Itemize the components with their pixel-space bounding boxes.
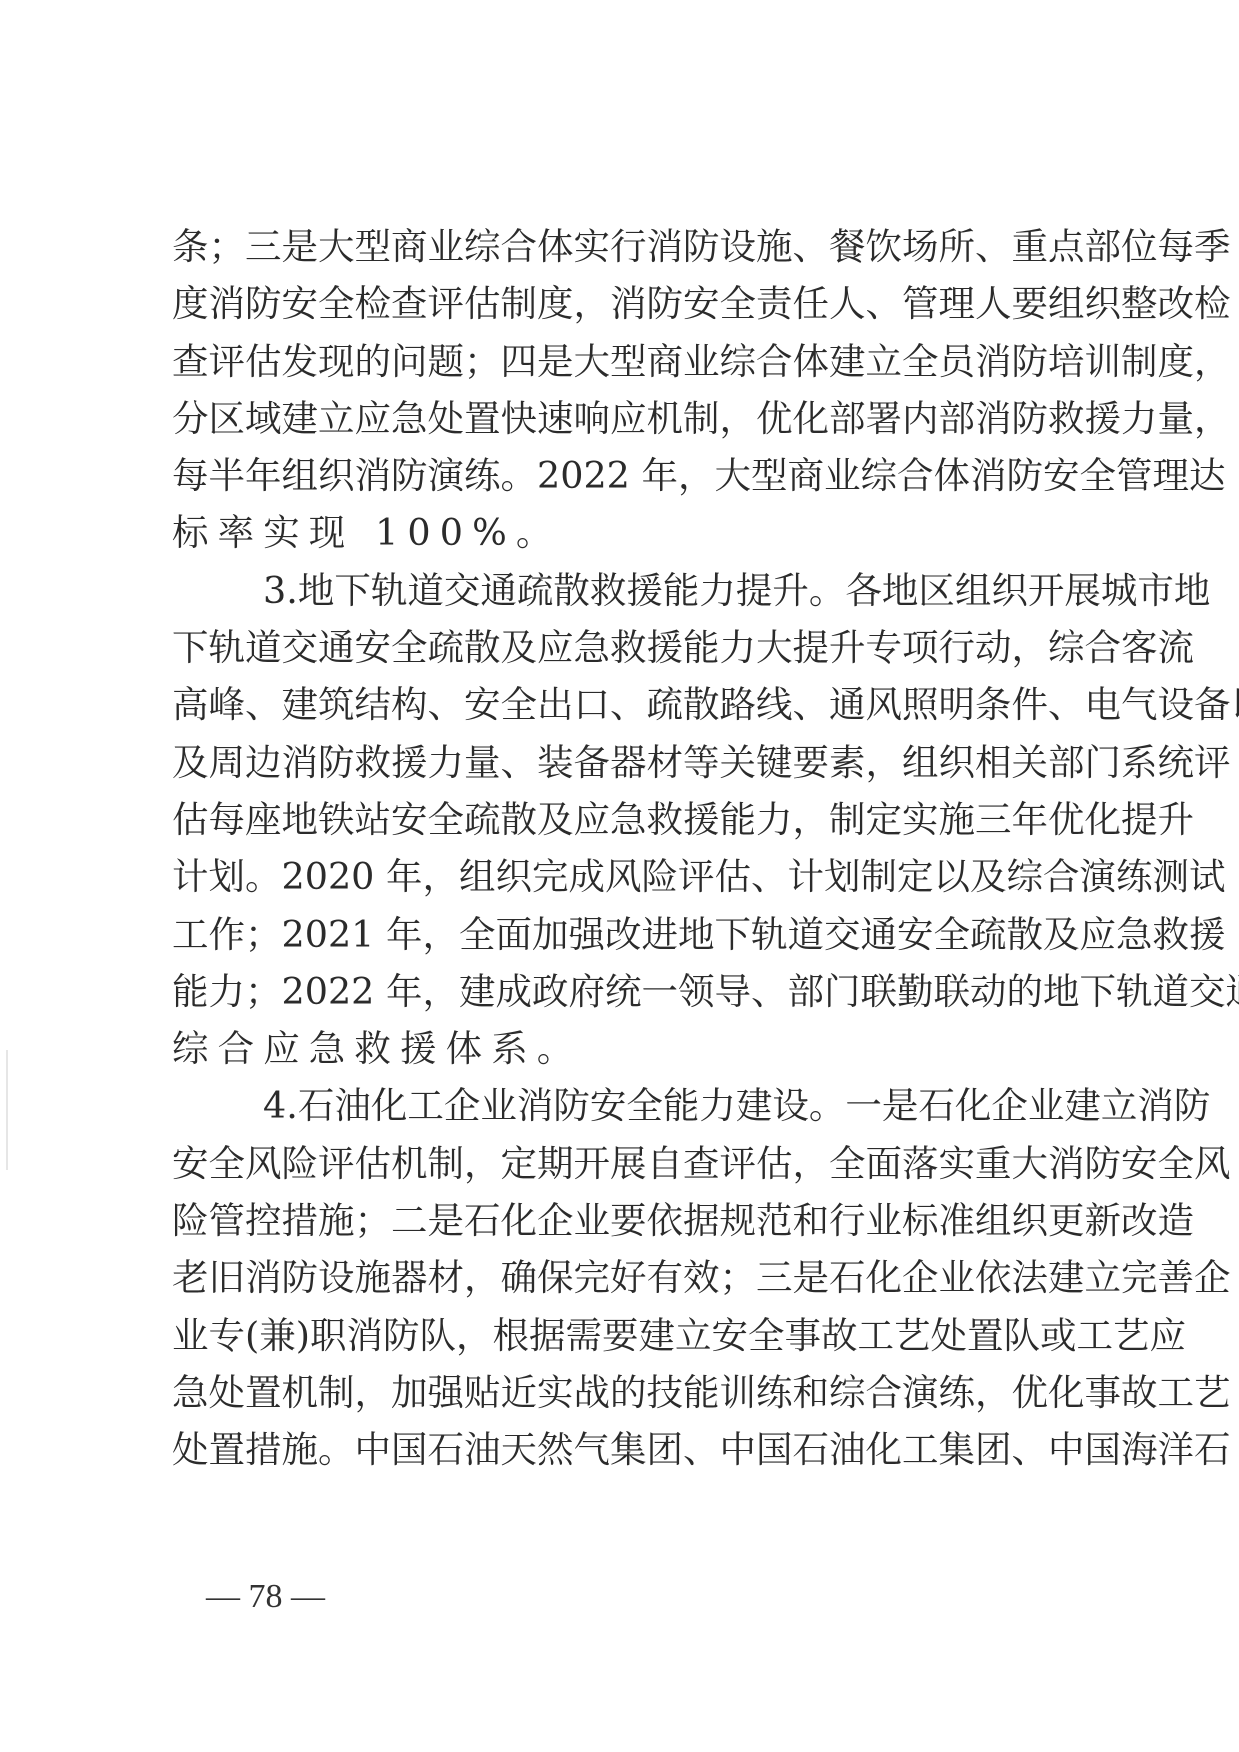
text-line: 计划。2020 年，组织完成风险评估、计划制定以及综合演练测试 — [172, 848, 1086, 905]
scan-edge-mark — [6, 1050, 8, 1170]
text-line: 能力；2022 年，建成政府统一领导、部门联勤联动的地下轨道交通 — [172, 963, 1086, 1020]
text-line: 高峰、建筑结构、安全出口、疏散路线、通风照明条件、电气设备以 — [172, 676, 1086, 733]
text-line: 老旧消防设施器材，确保完好有效；三是石化企业依法建立完善企 — [172, 1249, 1086, 1306]
text-line: 每半年组织消防演练。2022 年，大型商业综合体消防安全管理达 — [172, 447, 1086, 504]
text-line: 下轨道交通安全疏散及应急救援能力大提升专项行动，综合客流 — [172, 619, 1086, 676]
text-line: 查评估发现的问题；四是大型商业综合体建立全员消防培训制度， — [172, 333, 1086, 390]
document-page: 条；三是大型商业综合体实行消防设施、餐饮场所、重点部位每季 度消防安全检查评估制… — [0, 0, 1239, 1752]
page-number: — 78 — — [206, 1577, 325, 1617]
paragraph-commercial-complex-continued: 条；三是大型商业综合体实行消防设施、餐饮场所、重点部位每季 度消防安全检查评估制… — [172, 218, 1086, 562]
text-line: 及周边消防救援力量、装备器材等关键要素，组织相关部门系统评 — [172, 734, 1086, 791]
text-line: 度消防安全检查评估制度，消防安全责任人、管理人要组织整改检 — [172, 275, 1086, 332]
text-line: 安全风险评估机制，定期开展自查评估，全面落实重大消防安全风 — [172, 1135, 1086, 1192]
text-line-last: 综合应急救援体系。 — [172, 1020, 1086, 1077]
text-line: 估每座地铁站安全疏散及应急救援能力，制定实施三年优化提升 — [172, 791, 1086, 848]
text-line-heading: 3.地下轨道交通疏散救援能力提升。各地区组织开展城市地 — [172, 562, 1086, 619]
text-line: 处置措施。中国石油天然气集团、中国石油化工集团、中国海洋石 — [172, 1421, 1086, 1478]
text-line: 急处置机制，加强贴近实战的技能训练和综合演练，优化事故工艺 — [172, 1364, 1086, 1421]
paragraph-subway-evacuation: 3.地下轨道交通疏散救援能力提升。各地区组织开展城市地 下轨道交通安全疏散及应急… — [172, 562, 1086, 1078]
body-text: 条；三是大型商业综合体实行消防设施、餐饮场所、重点部位每季 度消防安全检查评估制… — [172, 218, 1086, 1479]
text-line-last: 标率实现 100%。 — [172, 504, 1086, 561]
text-line: 工作；2021 年，全面加强改进地下轨道交通安全疏散及应急救援 — [172, 906, 1086, 963]
text-line: 险管控措施；二是石化企业要依据规范和行业标准组织更新改造 — [172, 1192, 1086, 1249]
text-line: 业专(兼)职消防队，根据需要建立安全事故工艺处置队或工艺应 — [172, 1307, 1086, 1364]
text-line: 分区域建立应急处置快速响应机制，优化部署内部消防救援力量， — [172, 390, 1086, 447]
text-line: 条；三是大型商业综合体实行消防设施、餐饮场所、重点部位每季 — [172, 218, 1086, 275]
paragraph-petrochemical-fire-safety: 4.石油化工企业消防安全能力建设。一是石化企业建立消防 安全风险评估机制，定期开… — [172, 1077, 1086, 1478]
text-line-heading: 4.石油化工企业消防安全能力建设。一是石化企业建立消防 — [172, 1077, 1086, 1134]
